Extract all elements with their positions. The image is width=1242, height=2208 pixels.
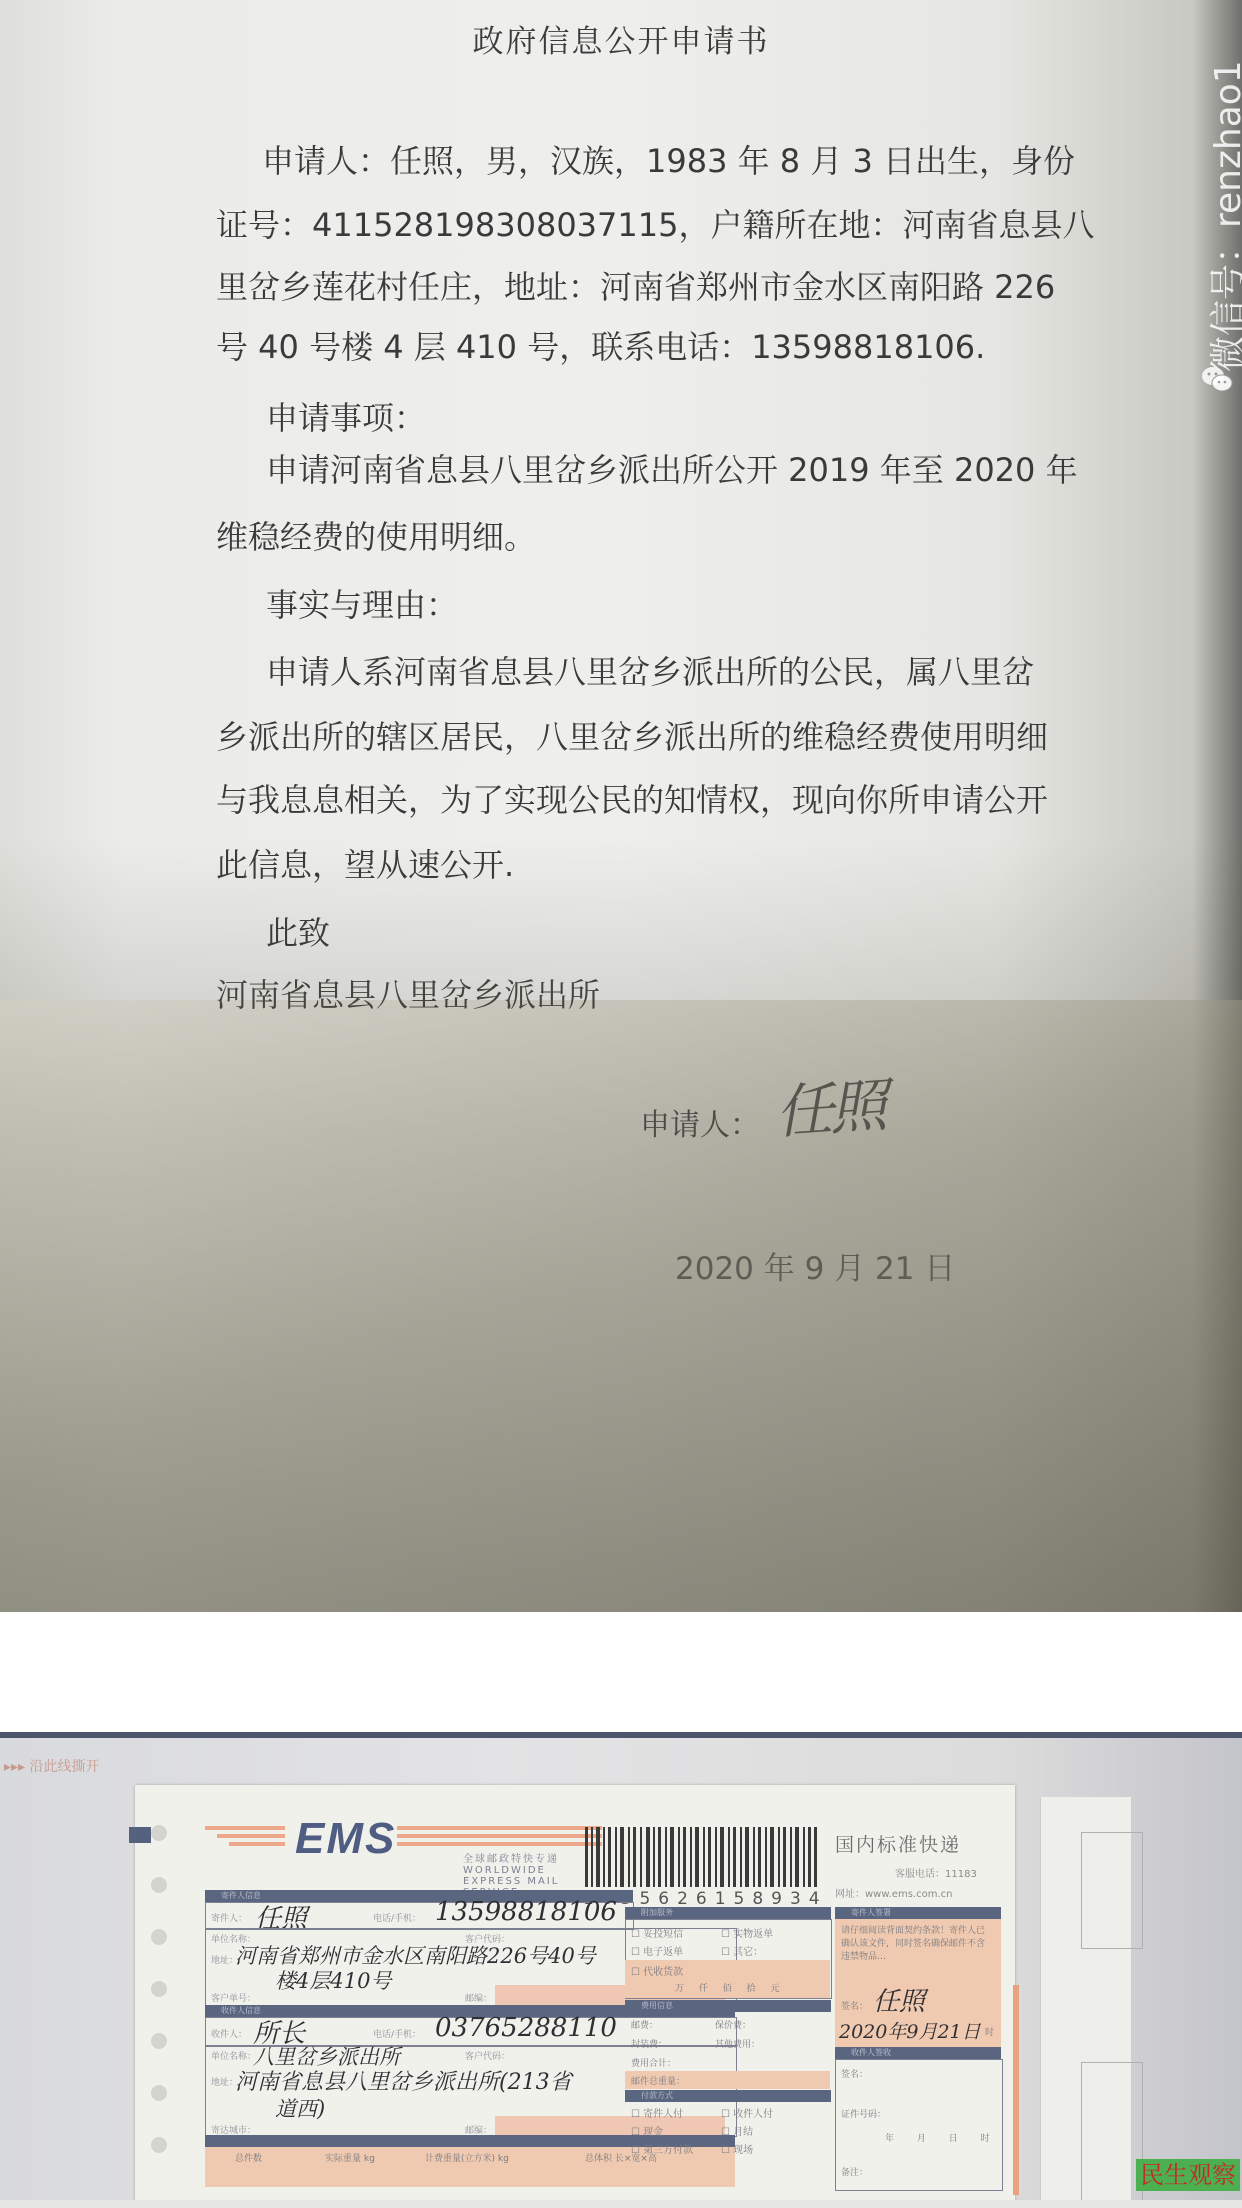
- bottom-strip: [0, 2200, 1242, 2208]
- recipient-company-label: 单位名称：: [211, 2049, 256, 2062]
- pay-onsite[interactable]: 现场: [721, 2141, 753, 2156]
- letter-title: 政府信息公开申请书: [0, 16, 1242, 61]
- sender-sign-label: 签名：: [841, 1999, 868, 2012]
- remarks-label: 备注：: [841, 2165, 868, 2178]
- photo-top-edge: [0, 1732, 1242, 1738]
- pay-recipient[interactable]: 收件人付: [721, 2105, 773, 2120]
- weight-header-1: 总件数: [235, 2151, 262, 2164]
- fee-postage: 邮费：: [631, 2018, 658, 2031]
- letter-date: 2020 年 9 月 21 日: [675, 1243, 955, 1288]
- recipient-phone-value: 03765288110: [435, 2013, 617, 2043]
- recipient-address-line-1: 河南省息县八里岔乡派出所(213省: [235, 2065, 572, 2096]
- handwritten-signature: 任照: [772, 1058, 886, 1149]
- fee-packing: 封装费：: [631, 2037, 667, 2050]
- perforation-holes: [151, 1825, 171, 2189]
- reason-heading: 事实与理由：: [266, 580, 458, 626]
- envelope-right-panel: [1040, 1797, 1131, 2200]
- fee-total-weight: 邮件总重量：: [631, 2074, 685, 2087]
- barcode: [585, 1827, 817, 1887]
- applicant-line-2: 证号：411528198308037115，户籍所在地：河南省息县八: [216, 200, 1094, 246]
- ems-slip-photo: ▸▸▸ 沿此线撕开 EMS 全球邮政特快专递 WORLDWIDE EXPRESS…: [0, 1732, 1242, 2200]
- recipient-office: 河南省息县八里岔乡派出所: [216, 970, 600, 1016]
- applicant-line-1: 申请人：任照，男，汉族，1983 年 8 月 3 日出生，身份: [262, 136, 1075, 182]
- fee-other: 其他费用：: [715, 2037, 760, 2050]
- envelope-box: [1081, 2062, 1143, 2200]
- fee-total: 费用合计：: [631, 2056, 676, 2069]
- fees-section-header: 费用信息: [625, 2000, 831, 2012]
- recipient-date-labels: 年 月 日 时: [885, 2131, 1000, 2144]
- reason-line-1: 申请人系河南省息县八里岔乡派出所的公民，属八里岔: [266, 647, 1034, 693]
- recipient-address-label: 地址：: [211, 2075, 238, 2088]
- sender-phone-value: 13598818106: [435, 1897, 617, 1927]
- recipient-postcode-boxes[interactable]: [495, 2116, 725, 2136]
- service-website: 网址：www.ems.com.cn: [835, 1885, 952, 1900]
- request-heading: 申请事项：: [266, 393, 426, 439]
- service-cod[interactable]: 代收货款: [631, 1963, 683, 1978]
- pay-third-party[interactable]: 第三方付款: [631, 2141, 693, 2156]
- recipient-id-label: 证件号码：: [841, 2107, 886, 2120]
- request-line-1: 申请河南省息县八里岔乡派出所公开 2019 年至 2020 年: [266, 445, 1078, 491]
- service-e-return[interactable]: 电子返单: [631, 1943, 683, 1958]
- sender-ack-box: 请仔细阅读背面契约条款！寄件人已确认该文件，同时签名确保邮件不含违禁物品… 签名…: [835, 1919, 1001, 2047]
- wechat-watermark: 微信号：renzhao1: [1194, 0, 1242, 420]
- envelope-box: [1081, 1832, 1143, 1949]
- services-section-header: 附加服务: [625, 1907, 831, 1919]
- recipient-ack-header: 收件人签收: [835, 2047, 1001, 2059]
- recipient-sign-label: 签名：: [841, 2067, 868, 2080]
- recipient-phone-label: 电话/手机：: [373, 2027, 421, 2040]
- orange-edge-strip: [1013, 1985, 1019, 2195]
- sender-ack-date: 2020年9月21日: [839, 2017, 981, 2044]
- pay-cash[interactable]: 现金: [631, 2123, 663, 2138]
- sender-address-line-2: 楼4层410号: [275, 1965, 391, 1995]
- sender-ack-hour-label: 时: [985, 2025, 994, 2038]
- payment-section-header: 付款方式: [625, 2090, 831, 2102]
- applicant-line-4: 号 40 号楼 4 层 410 号，联系电话：13598818106.: [216, 322, 985, 368]
- service-title: 国内标准快递: [835, 1830, 961, 1857]
- reason-line-3: 与我息息相关，为了实现公民的知情权，现向你所申请公开: [216, 775, 1048, 821]
- request-line-2: 维稳经费的使用明细。: [216, 512, 536, 558]
- blue-tab: [129, 1827, 151, 1843]
- service-sms[interactable]: 妥投短信: [631, 1925, 683, 1940]
- applicant-line-3: 里岔乡莲花村任庄，地址：河南省郑州市金水区南阳路 226: [216, 262, 1055, 308]
- fee-insurance: 保价费：: [715, 2018, 751, 2031]
- weight-header-2: 实际重量 kg: [325, 2151, 375, 2164]
- ems-wordmark: EMS: [295, 1814, 396, 1864]
- service-physical-return[interactable]: 实物返单: [721, 1925, 773, 1940]
- source-watermark: 民生观察: [1136, 2159, 1240, 2191]
- signature-label: 申请人：: [640, 1100, 760, 1144]
- reason-line-4: 此信息，望从速公开.: [216, 840, 514, 886]
- tear-here-label: ▸▸▸ 沿此线撕开: [4, 1756, 100, 1776]
- sender-name-label: 寄件人：: [211, 1911, 247, 1924]
- sender-ack-header: 寄件人签署: [835, 1907, 1001, 1919]
- sender-ack-text: 请仔细阅读背面契约条款！寄件人已确认该文件，同时签名确保邮件不含违禁物品…: [841, 1925, 991, 1964]
- sender-customer-no-label: 客户单号：: [211, 1991, 256, 2004]
- pay-monthly[interactable]: 月结: [721, 2123, 753, 2138]
- total-weight-row: 邮件总重量：: [625, 2071, 830, 2089]
- pay-sender[interactable]: 寄件人付: [631, 2105, 683, 2120]
- letter-photo: 政府信息公开申请书 申请人：任照，男，汉族，1983 年 8 月 3 日出生，身…: [0, 0, 1242, 1612]
- shadow-overlay: [0, 1000, 1242, 1612]
- service-phone: 客服电话：11183: [895, 1865, 977, 1880]
- sender-phone-label: 电话/手机：: [373, 1911, 421, 1924]
- recipient-address-line-2: 道西): [275, 2093, 325, 2123]
- salutation: 此致: [266, 908, 330, 954]
- cod-amount-units: 万 仟 佰 拾 元: [675, 1981, 785, 1994]
- recipient-name-label: 收件人：: [211, 2027, 247, 2040]
- wechat-id-text: 微信号：renzhao1: [1200, 60, 1242, 372]
- weight-header-3: 计费重量(立方米) kg: [425, 2151, 509, 2164]
- service-other[interactable]: 其它：: [721, 1943, 763, 1958]
- recipient-customer-code-label: 客户代码：: [465, 2049, 510, 2062]
- ems-logo: EMS 全球邮政特快专递 WORLDWIDE EXPRESS MAIL SERV…: [205, 1820, 605, 1870]
- sender-postcode-label: 邮编：: [465, 1991, 492, 2004]
- reason-line-2: 乡派出所的辖区居民，八里岔乡派出所的维稳经费使用明细: [216, 712, 1048, 758]
- sender-ack-signature: 任照: [873, 1981, 925, 2018]
- sender-address-label: 地址：: [211, 1953, 238, 1966]
- ems-waybill: EMS 全球邮政特快专递 WORLDWIDE EXPRESS MAIL SERV…: [135, 1785, 1015, 2200]
